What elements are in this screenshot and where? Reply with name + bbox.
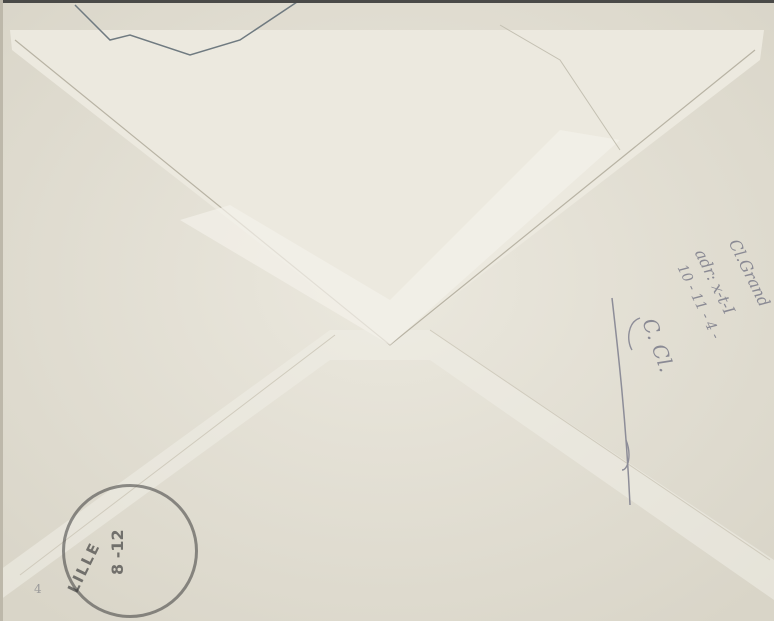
envelope-back: Cl.Grand adr: x-t-I 10 - 11 - 4 - C. Cl.…	[0, 0, 774, 621]
postmark-date: 8 -12	[108, 529, 127, 575]
corner-mark: 4	[34, 582, 42, 596]
